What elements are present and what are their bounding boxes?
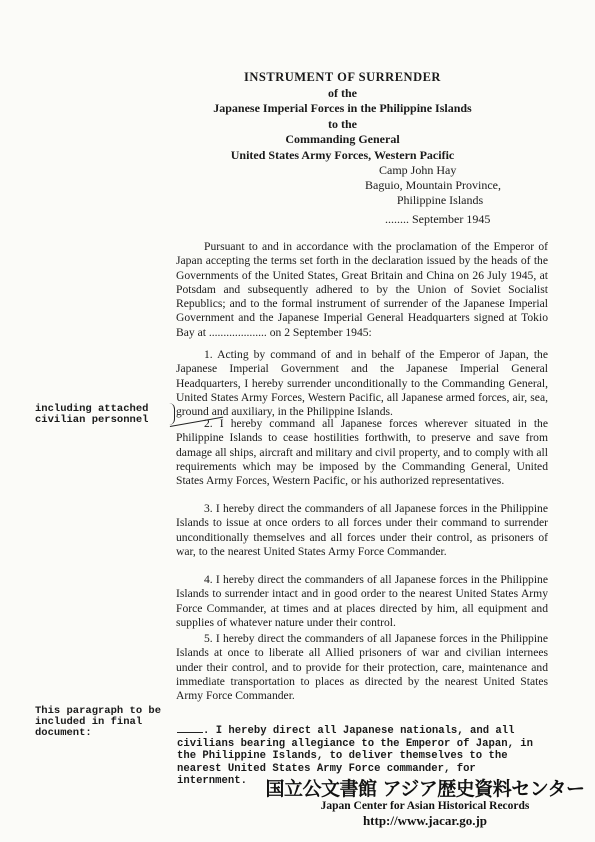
heading-line-5: Commanding General [180, 132, 505, 148]
paragraph-4: 4. I hereby direct the commanders of all… [176, 573, 548, 630]
heading-line-4: to the [180, 117, 505, 133]
paragraph-5: 5. I hereby direct the commanders of all… [176, 632, 548, 703]
date-line: ........ September 1945 [355, 212, 525, 227]
paragraph-number-blank [177, 723, 203, 733]
archive-url: http://www.jacar.go.jp [265, 813, 585, 829]
paragraph-3: 3. I hereby direct the commanders of all… [176, 502, 548, 559]
archive-name-english: Japan Center for Asian Historical Record… [265, 800, 585, 813]
archive-watermark: 国立公文書館 アジア歴史資料センター Japan Center for Asia… [265, 778, 585, 829]
heading-title: INSTRUMENT OF SURRENDER [180, 70, 505, 86]
handwritten-insert-note: including attached civilian personnel [35, 404, 148, 426]
paragraph-2: 2. I hereby command all Japanese forces … [176, 417, 548, 488]
archive-name-japanese: 国立公文書館 アジア歴史資料センター [265, 778, 585, 800]
place-line-3: Philippine Islands [355, 193, 525, 208]
preamble-paragraph: Pursuant to and in accordance with the p… [176, 240, 548, 340]
heading-line-3: Japanese Imperial Forces in the Philippi… [180, 101, 505, 117]
insert-note-line-2: civilian personnel [35, 415, 148, 426]
brace-mark [168, 403, 175, 425]
added-paragraph-note: This paragraph to be included in final d… [35, 706, 161, 739]
paragraph-1: 1. Acting by command of and in behalf of… [176, 348, 548, 419]
heading-line-2: of the [180, 86, 505, 102]
document-heading: INSTRUMENT OF SURRENDER of the Japanese … [180, 70, 505, 163]
added-note-line-3: document: [35, 728, 161, 739]
place-date-block: Camp John Hay Baguio, Mountain Province,… [355, 163, 525, 227]
heading-line-6: United States Army Forces, Western Pacif… [180, 148, 505, 164]
place-line-2: Baguio, Mountain Province, [355, 178, 525, 193]
place-line-1: Camp John Hay [355, 163, 525, 178]
